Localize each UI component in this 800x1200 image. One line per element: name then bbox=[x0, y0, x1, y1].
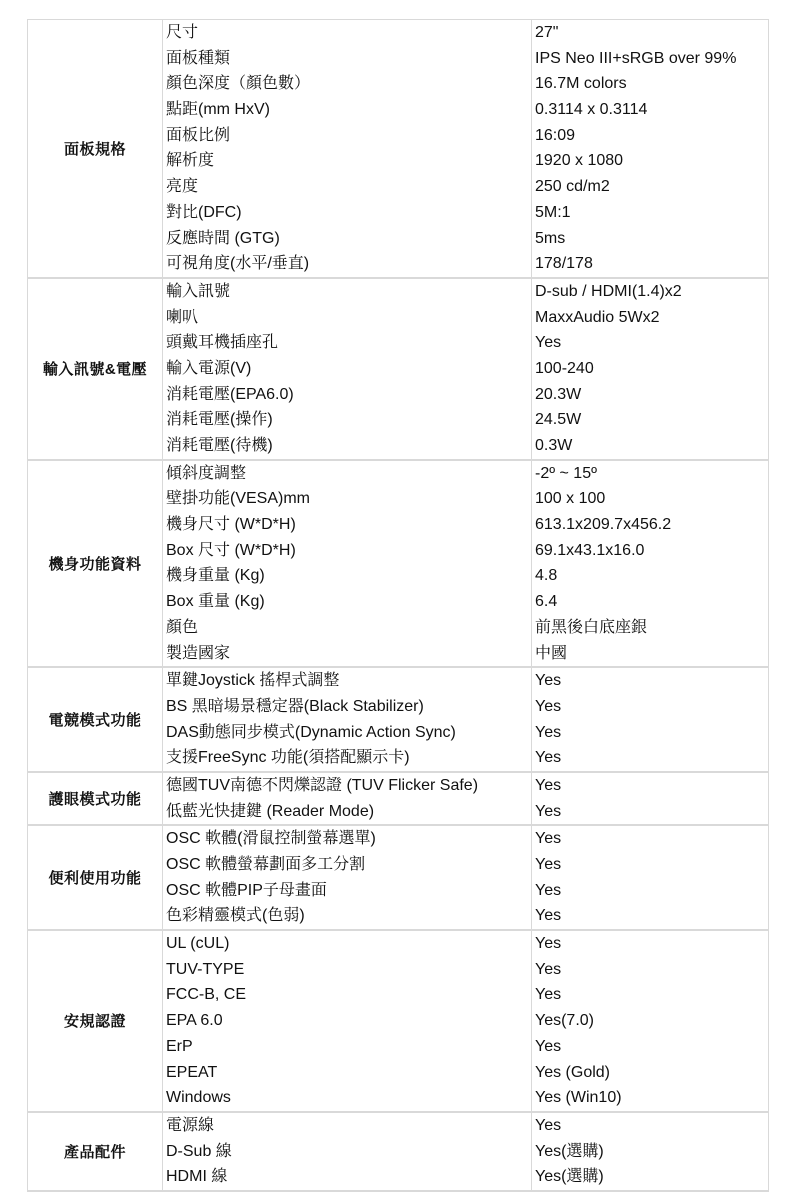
spec-value: Yes bbox=[532, 668, 768, 694]
spec-value: 16:09 bbox=[532, 123, 768, 149]
section-category-label: 便利使用功能 bbox=[27, 826, 163, 929]
spec-value: 100-240 bbox=[532, 356, 768, 382]
spec-item-column: UL (cUL)TUV-TYPEFCC-B, CEEPA 6.0ErPEPEAT… bbox=[163, 931, 532, 1111]
spec-item-label: DAS動態同步模式(Dynamic Action Sync) bbox=[163, 720, 531, 746]
spec-item-label: EPA 6.0 bbox=[163, 1008, 531, 1034]
spec-section: 機身功能資料傾斜度調整壁掛功能(VESA)mm機身尺寸 (W*D*H)Box 尺… bbox=[27, 459, 769, 667]
spec-value: Yes(7.0) bbox=[532, 1008, 768, 1034]
spec-section: 輸入訊號&電壓輸入訊號喇叭頭戴耳機插座孔輸入電源(V)消耗電壓(EPA6.0)消… bbox=[27, 277, 769, 459]
spec-value: 16.7M colors bbox=[532, 71, 768, 97]
spec-item-label: 反應時間 (GTG) bbox=[163, 226, 531, 252]
spec-value: -2º ~ 15º bbox=[532, 461, 768, 487]
spec-value: 178/178 bbox=[532, 251, 768, 277]
spec-item-label: 可視角度(水平/垂直) bbox=[163, 251, 531, 277]
spec-item-column: OSC 軟體(滑鼠控制螢幕選單)OSC 軟體螢幕劃面多工分割OSC 軟體PIP子… bbox=[163, 826, 532, 929]
spec-item-label: UL (cUL) bbox=[163, 931, 531, 957]
spec-value: Yes(選購) bbox=[532, 1139, 768, 1165]
spec-item-label: 對比(DFC) bbox=[163, 200, 531, 226]
spec-item-label: 亮度 bbox=[163, 174, 531, 200]
spec-value: Yes bbox=[532, 773, 768, 799]
spec-value-column: 27"IPS Neo III+sRGB over 99%16.7M colors… bbox=[532, 20, 769, 277]
spec-value: Yes bbox=[532, 852, 768, 878]
spec-value: 4.8 bbox=[532, 563, 768, 589]
spec-item-label: 消耗電壓(待機) bbox=[163, 433, 531, 459]
spec-value: 中國 bbox=[532, 641, 768, 667]
spec-item-label: 頭戴耳機插座孔 bbox=[163, 330, 531, 356]
spec-item-label: BS 黑暗場景穩定器(Black Stabilizer) bbox=[163, 694, 531, 720]
spec-value: D-sub / HDMI(1.4)x2 bbox=[532, 279, 768, 305]
spec-item-column: 傾斜度調整壁掛功能(VESA)mm機身尺寸 (W*D*H)Box 尺寸 (W*D… bbox=[163, 461, 532, 667]
section-category-label: 產品配件 bbox=[27, 1113, 163, 1190]
spec-item-label: 解析度 bbox=[163, 148, 531, 174]
spec-item-label: TUV-TYPE bbox=[163, 957, 531, 983]
spec-item-column: 尺寸面板種類顏色深度（顏色數）點距(mm HxV)面板比例解析度亮度對比(DFC… bbox=[163, 20, 532, 277]
spec-value-column: YesYesYesYes(7.0)YesYes (Gold)Yes (Win10… bbox=[532, 931, 769, 1111]
section-category-label: 護眼模式功能 bbox=[27, 773, 163, 824]
spec-item-label: 壁掛功能(VESA)mm bbox=[163, 486, 531, 512]
spec-item-label: 機身尺寸 (W*D*H) bbox=[163, 512, 531, 538]
spec-value: Yes(選購) bbox=[532, 1164, 768, 1190]
spec-item-label: Windows bbox=[163, 1085, 531, 1111]
spec-item-label: HDMI 線 bbox=[163, 1164, 531, 1190]
spec-item-label: 輸入訊號 bbox=[163, 279, 531, 305]
spec-value: IPS Neo III+sRGB over 99% bbox=[532, 46, 768, 72]
spec-item-label: 支援FreeSync 功能(須搭配顯示卡) bbox=[163, 745, 531, 771]
spec-value-column: YesYesYesYes bbox=[532, 668, 769, 771]
spec-item-label: OSC 軟體PIP子母畫面 bbox=[163, 878, 531, 904]
spec-item-column: 單鍵Joystick 搖桿式調整BS 黑暗場景穩定器(Black Stabili… bbox=[163, 668, 532, 771]
spec-item-label: OSC 軟體(滑鼠控制螢幕選單) bbox=[163, 826, 531, 852]
spec-value-column: D-sub / HDMI(1.4)x2MaxxAudio 5Wx2Yes100-… bbox=[532, 279, 769, 459]
spec-value: 24.5W bbox=[532, 407, 768, 433]
spec-section: 面板規格尺寸面板種類顏色深度（顏色數）點距(mm HxV)面板比例解析度亮度對比… bbox=[27, 19, 769, 277]
spec-item-label: 點距(mm HxV) bbox=[163, 97, 531, 123]
spec-item-label: 尺寸 bbox=[163, 20, 531, 46]
spec-item-label: 喇叭 bbox=[163, 305, 531, 331]
spec-value: 0.3114 x 0.3114 bbox=[532, 97, 768, 123]
spec-value: 20.3W bbox=[532, 382, 768, 408]
spec-item-label: 顏色 bbox=[163, 615, 531, 641]
spec-value: MaxxAudio 5Wx2 bbox=[532, 305, 768, 331]
spec-value: 0.3W bbox=[532, 433, 768, 459]
spec-item-column: 電源線D-Sub 線HDMI 線 bbox=[163, 1113, 532, 1190]
spec-section: 電競模式功能單鍵Joystick 搖桿式調整BS 黑暗場景穩定器(Black S… bbox=[27, 666, 769, 771]
spec-value: Yes (Gold) bbox=[532, 1060, 768, 1086]
section-category-label: 機身功能資料 bbox=[27, 461, 163, 667]
spec-item-label: 輸入電源(V) bbox=[163, 356, 531, 382]
spec-value: 250 cd/m2 bbox=[532, 174, 768, 200]
spec-section: 便利使用功能OSC 軟體(滑鼠控制螢幕選單)OSC 軟體螢幕劃面多工分割OSC … bbox=[27, 824, 769, 929]
spec-item-label: 消耗電壓(操作) bbox=[163, 407, 531, 433]
spec-item-label: D-Sub 線 bbox=[163, 1139, 531, 1165]
spec-section: 產品配件電源線D-Sub 線HDMI 線YesYes(選購)Yes(選購) bbox=[27, 1111, 769, 1192]
spec-value: Yes bbox=[532, 1113, 768, 1139]
spec-item-label: 電源線 bbox=[163, 1113, 531, 1139]
spec-value: Yes bbox=[532, 799, 768, 825]
spec-item-label: 製造國家 bbox=[163, 641, 531, 667]
spec-item-label: ErP bbox=[163, 1034, 531, 1060]
spec-value-column: -2º ~ 15º100 x 100613.1x209.7x456.269.1x… bbox=[532, 461, 769, 667]
spec-item-label: 單鍵Joystick 搖桿式調整 bbox=[163, 668, 531, 694]
spec-item-label: 傾斜度調整 bbox=[163, 461, 531, 487]
spec-table: 面板規格尺寸面板種類顏色深度（顏色數）點距(mm HxV)面板比例解析度亮度對比… bbox=[27, 19, 769, 1192]
spec-value: Yes bbox=[532, 694, 768, 720]
spec-section: 護眼模式功能德國TUV南德不閃爍認證 (TUV Flicker Safe)低藍光… bbox=[27, 771, 769, 824]
spec-value-column: YesYesYesYes bbox=[532, 826, 769, 929]
spec-value: 27" bbox=[532, 20, 768, 46]
spec-item-label: FCC-B, CE bbox=[163, 982, 531, 1008]
spec-section: 安規認證UL (cUL)TUV-TYPEFCC-B, CEEPA 6.0ErPE… bbox=[27, 929, 769, 1111]
spec-value: Yes bbox=[532, 957, 768, 983]
spec-value: 613.1x209.7x456.2 bbox=[532, 512, 768, 538]
spec-item-label: 顏色深度（顏色數） bbox=[163, 71, 531, 97]
spec-item-label: Box 尺寸 (W*D*H) bbox=[163, 538, 531, 564]
spec-value: Yes (Win10) bbox=[532, 1085, 768, 1111]
spec-value: 5ms bbox=[532, 226, 768, 252]
spec-item-column: 輸入訊號喇叭頭戴耳機插座孔輸入電源(V)消耗電壓(EPA6.0)消耗電壓(操作)… bbox=[163, 279, 532, 459]
spec-item-label: 德國TUV南德不閃爍認證 (TUV Flicker Safe) bbox=[163, 773, 531, 799]
section-category-label: 面板規格 bbox=[27, 20, 163, 277]
spec-value-column: YesYes bbox=[532, 773, 769, 824]
spec-value: Yes bbox=[532, 1034, 768, 1060]
spec-value-column: YesYes(選購)Yes(選購) bbox=[532, 1113, 769, 1190]
spec-value: Yes bbox=[532, 745, 768, 771]
spec-value: 69.1x43.1x16.0 bbox=[532, 538, 768, 564]
spec-value: Yes bbox=[532, 720, 768, 746]
spec-value: 6.4 bbox=[532, 589, 768, 615]
spec-value: Yes bbox=[532, 330, 768, 356]
section-category-label: 電競模式功能 bbox=[27, 668, 163, 771]
spec-item-label: 機身重量 (Kg) bbox=[163, 563, 531, 589]
spec-item-label: 面板種類 bbox=[163, 46, 531, 72]
spec-value: 前黑後白底座銀 bbox=[532, 615, 768, 641]
spec-item-label: 消耗電壓(EPA6.0) bbox=[163, 382, 531, 408]
spec-item-label: 色彩精靈模式(色弱) bbox=[163, 903, 531, 929]
spec-value: Yes bbox=[532, 826, 768, 852]
spec-item-label: OSC 軟體螢幕劃面多工分割 bbox=[163, 852, 531, 878]
spec-item-label: Box 重量 (Kg) bbox=[163, 589, 531, 615]
spec-value: 100 x 100 bbox=[532, 486, 768, 512]
spec-item-column: 德國TUV南德不閃爍認證 (TUV Flicker Safe)低藍光快捷鍵 (R… bbox=[163, 773, 532, 824]
spec-value: Yes bbox=[532, 931, 768, 957]
section-category-label: 安規認證 bbox=[27, 931, 163, 1111]
spec-item-label: EPEAT bbox=[163, 1060, 531, 1086]
spec-value: Yes bbox=[532, 878, 768, 904]
spec-item-label: 低藍光快捷鍵 (Reader Mode) bbox=[163, 799, 531, 825]
spec-item-label: 面板比例 bbox=[163, 123, 531, 149]
spec-value: 5M:1 bbox=[532, 200, 768, 226]
spec-value: 1920 x 1080 bbox=[532, 148, 768, 174]
section-category-label: 輸入訊號&電壓 bbox=[27, 279, 163, 459]
spec-value: Yes bbox=[532, 903, 768, 929]
spec-value: Yes bbox=[532, 982, 768, 1008]
